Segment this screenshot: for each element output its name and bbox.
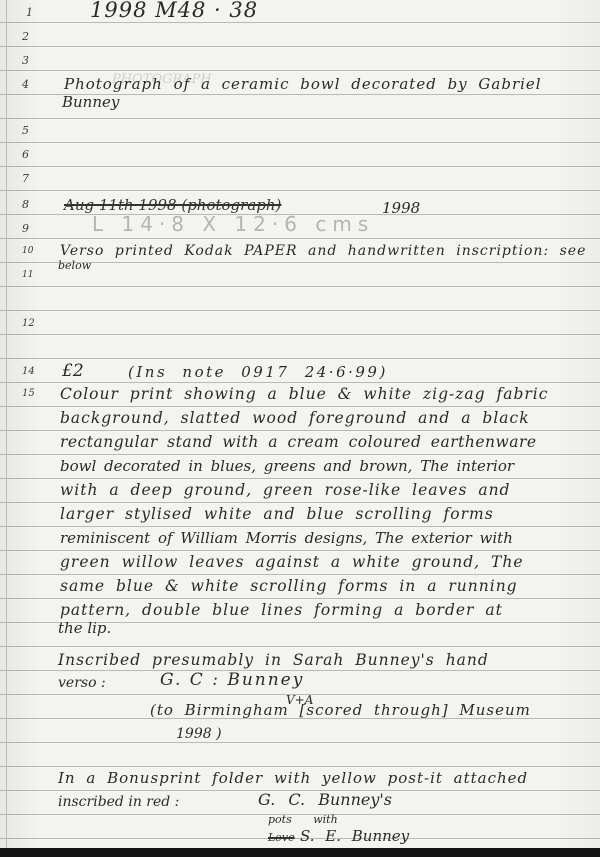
line-number: 6 (22, 148, 29, 161)
description-line: larger stylised white and blue scrolling… (60, 506, 494, 522)
line-number: 12 (22, 318, 35, 329)
description-line: reminiscent of William Morris designs, T… (60, 530, 513, 546)
line-number: 7 (22, 172, 29, 185)
line-number: 9 (22, 222, 29, 235)
verso-line: Verso printed Kodak PAPER and handwritte… (60, 243, 586, 259)
line-number: 1 (26, 6, 33, 19)
folder-line2-text: G. C. Bunney's (258, 792, 392, 808)
inscription-name: G. C : Bunney (160, 672, 304, 688)
folder-line3: pots with (268, 812, 338, 828)
title-line-cont: Bunney (62, 94, 119, 110)
folder-line4: S. E. Bunney (300, 828, 409, 844)
title-line: Photograph of a ceramic bowl decorated b… (64, 76, 542, 92)
line-number: 14 (22, 366, 35, 377)
dimensions: L 14·8 X 12·6 cms (92, 216, 374, 232)
inscription-intro: Inscribed presumably in Sarah Bunney's h… (58, 652, 489, 668)
line-number: 3 (22, 54, 29, 67)
margin-rule (6, 0, 7, 848)
inscription-verso-label: verso : (58, 675, 106, 691)
inscription-line2: (to Birmingham [scored through] Museum (150, 702, 531, 718)
line-number: 5 (22, 124, 29, 137)
description-line: with a deep ground, green rose-like leav… (60, 482, 510, 498)
description-line: rectangular stand with a cream coloured … (60, 434, 537, 450)
page-bottom-edge (0, 848, 600, 857)
description-line: Colour print showing a blue & white zig-… (60, 386, 548, 402)
accession-number: 1998 M48 · 38 (90, 2, 258, 18)
line-number: 11 (22, 270, 33, 280)
line-number: 15 (22, 388, 35, 399)
description-line: bowl decorated in blues, greens and brow… (60, 458, 514, 474)
line-number: 4 (22, 78, 29, 91)
description-line: the lip. (58, 620, 111, 636)
inscription-line3: 1998 ) (176, 726, 222, 742)
verso-cont: below (58, 258, 91, 274)
description-line: background, slatted wood foreground and … (60, 410, 530, 426)
date: 1998 (382, 200, 420, 216)
line-number: 2 (22, 30, 29, 43)
description-line: same blue & white scrolling forms in a r… (60, 578, 518, 594)
struck-date: Aug 11th 1998 (photograph) (64, 197, 281, 213)
price: £2 (62, 363, 84, 379)
notebook-page: 1 2 3 4 5 6 7 8 9 10 11 12 14 15 1998 M4… (0, 0, 600, 848)
line-number: 8 (22, 198, 29, 211)
folder-line1: In a Bonusprint folder with yellow post-… (58, 770, 528, 786)
ins-note: (Ins note 0917 24·6·99) (128, 364, 388, 380)
folder-line2-label: inscribed in red : (58, 794, 179, 810)
folder-line4-struck: Love (268, 830, 295, 846)
line-number: 10 (22, 246, 33, 256)
description-line: pattern, double blue lines forming a bor… (60, 602, 503, 618)
description-line: green willow leaves against a white grou… (60, 554, 524, 570)
